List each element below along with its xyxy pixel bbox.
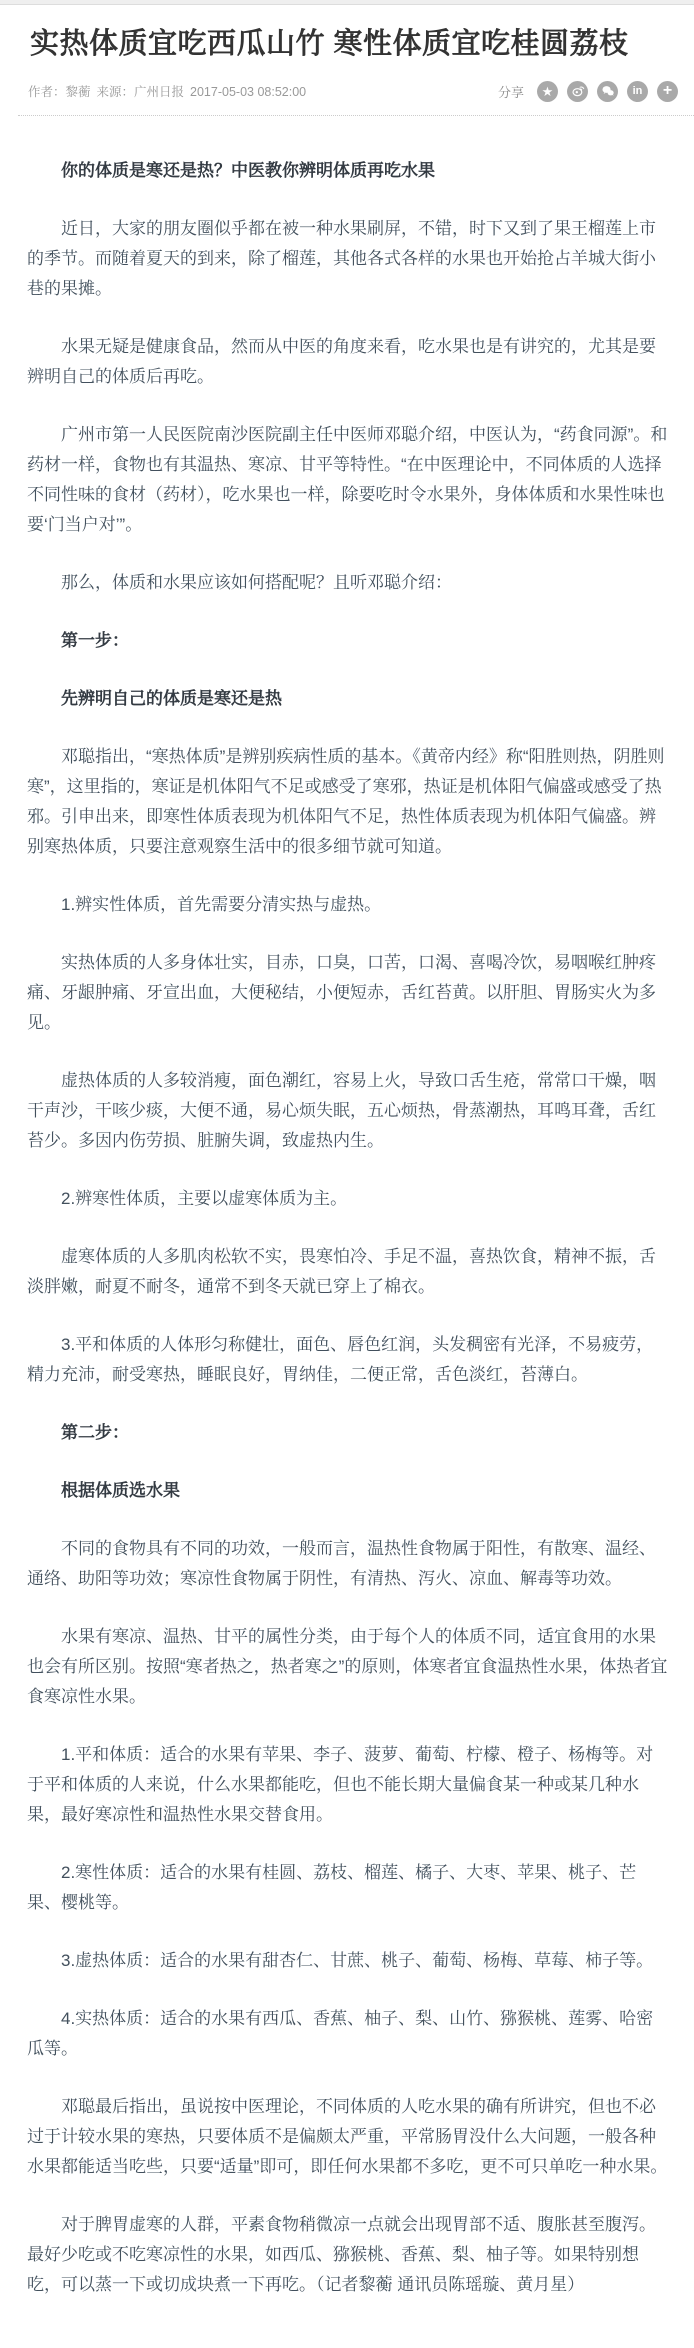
linkedin-icon[interactable]: in [627,81,648,102]
share-label: 分享 [498,82,524,101]
paragraph: 水果有寒凉、温热、甘平的属性分类，由于每个人的体质不同，适宜食用的水果 也会有所… [27,1622,668,1712]
paragraph: 虚热体质的人多较消瘦，面色潮红，容易上火，导致口舌生疮，常常口干燥，咽干声沙，干… [27,1066,668,1156]
article-page: 实热体质宜吃西瓜山竹 寒性体质宜吃桂圆荔枝 作者：黎蘅来源：广州日报2017-0… [0,25,694,2348]
paragraph: 近日，大家的朋友圈似乎都在被一种水果刷屏，不错，时下又到了果王榴莲上市的季节。而… [27,214,668,304]
paragraph: 邓聪指出，“寒热体质”是辨别疾病性质的基本。《黄帝内经》称“阳胜则热，阴胜则寒”… [27,742,668,862]
qzone-icon[interactable]: ★ [537,81,558,102]
wechat-icon[interactable] [597,81,618,102]
byline: 作者：黎蘅来源：广州日报2017-05-03 08:52:00 [28,82,312,100]
paragraph: 3.虚热体质：适合的水果有甜杏仁、甘蔗、桃子、葡萄、杨梅、草莓、柿子等。 [27,1946,668,1976]
paragraph: 广州市第一人民医院南沙医院副主任中医师邓聪介绍，中医认为，“药食同源”。和药材一… [27,420,668,540]
more-icon[interactable]: + [657,81,678,102]
paragraph: 2.寒性体质：适合的水果有桂圆、荔枝、榴莲、橘子、大枣、苹果、桃子、芒果、樱桃等… [27,1858,668,1918]
page-title: 实热体质宜吃西瓜山竹 寒性体质宜吃桂圆荔枝 [30,25,664,63]
paragraph: 水果无疑是健康食品，然而从中医的角度来看，吃水果也是有讲究的，尤其是要辨明自己的… [27,332,668,392]
byline-author: 作者：黎蘅 [28,85,91,99]
paragraph: 不同的食物具有不同的功效，一般而言，温热性食物属于阳性，有散寒、温经、通络、助阳… [27,1534,668,1594]
paragraph: 1.平和体质：适合的水果有苹果、李子、菠萝、葡萄、柠檬、橙子、杨梅等。对于平和体… [27,1740,668,1830]
paragraph: 邓聪最后指出，虽说按中医理论，不同体质的人吃水果的确有所讲究，但也不必过于计较水… [27,2092,668,2182]
weibo-icon[interactable] [567,81,588,102]
byline-datetime: 2017-05-03 08:52:00 [190,85,306,99]
byline-source: 来源：广州日报 [97,85,185,99]
section-heading: 第一步： [27,626,668,656]
article-body: 你的体质是寒还是热？中医教你辨明体质再吃水果近日，大家的朋友圈似乎都在被一种水果… [0,116,694,2300]
section-heading: 你的体质是寒还是热？中医教你辨明体质再吃水果 [27,156,668,186]
section-heading: 先辨明自己的体质是寒还是热 [27,684,668,714]
paragraph: 1.辨实性体质，首先需要分清实热与虚热。 [27,890,668,920]
share-icons: ★in+ [528,81,678,102]
paragraph: 4.实热体质：适合的水果有西瓜、香蕉、柚子、梨、山竹、猕猴桃、莲雾、哈密瓜等。 [27,2004,668,2064]
top-bar [0,0,694,5]
paragraph: 2.辨寒性体质，主要以虚寒体质为主。 [27,1184,668,1214]
meta-row: 作者：黎蘅来源：广州日报2017-05-03 08:52:00 分享 ★in+ [28,79,678,103]
paragraph: 虚寒体质的人多肌肉松软不实，畏寒怕冷、手足不温，喜热饮食，精神不振，舌淡胖嫩，耐… [27,1242,668,1302]
paragraph: 3.平和体质的人体形匀称健壮，面色、唇色红润，头发稠密有光泽，不易疲劳，精力充沛… [27,1330,668,1390]
share-box: 分享 ★in+ [498,81,678,102]
section-heading: 第二步： [27,1418,668,1448]
paragraph: 实热体质的人多身体壮实，目赤，口臭，口苦，口渴、喜喝冷饮，易咽喉红肿疼痛、牙龈肿… [27,948,668,1038]
paragraph: 对于脾胃虚寒的人群，平素食物稍微凉一点就会出现胃部不适、腹胀甚至腹泻。最好少吃或… [27,2210,668,2300]
section-heading: 根据体质选水果 [27,1476,668,1506]
paragraph: 那么，体质和水果应该如何搭配呢？且听邓聪介绍： [27,568,668,598]
